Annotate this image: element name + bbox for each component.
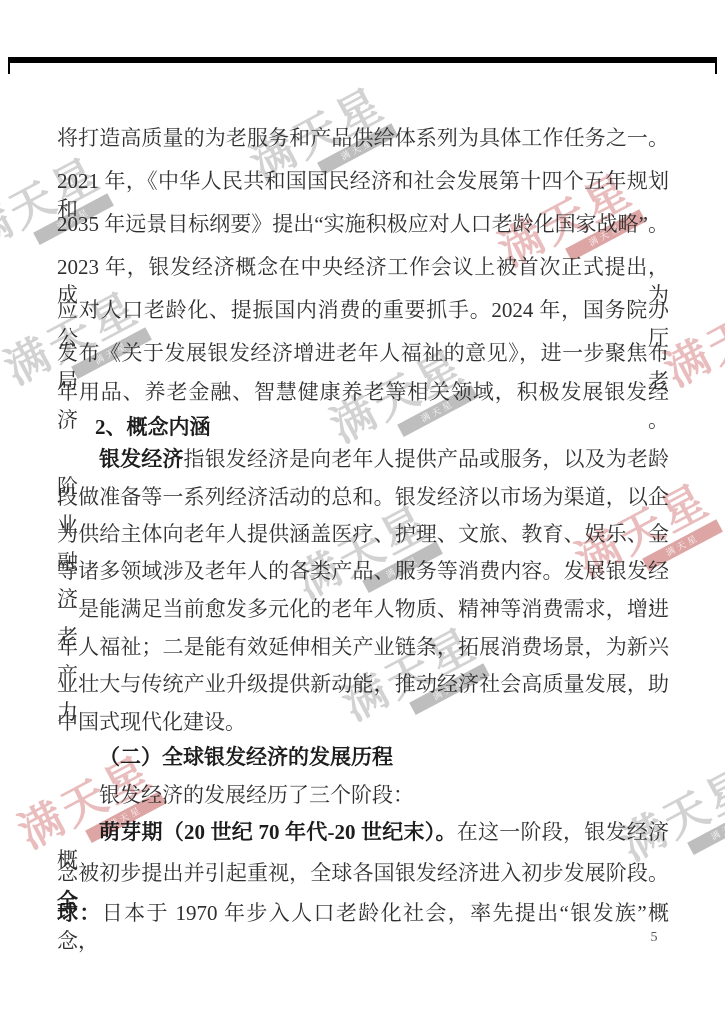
doc-line: 业壮大与传统产业升级提供新动能，推动经济社会高质量发展，助力 — [57, 670, 669, 698]
doc-line: 萌芽期（20 世纪 70 年代-20 世纪末）。在这一阶段，银发经济概 — [57, 818, 669, 846]
doc-line: 发布《关于发展银发经济增进老年人福祉的意见》，进一步聚焦布局老 — [57, 339, 669, 367]
term-bold: 银发经济 — [99, 447, 183, 471]
bold-lead: 球： — [57, 901, 102, 925]
section-heading-history: （二）全球银发经济的发展历程 — [57, 743, 669, 771]
doc-line: 中国式现代化建设。 — [57, 708, 669, 736]
doc-line: 将打造高质量的为老服务和产品供给体系列为具体工作任务之一。 — [57, 124, 669, 152]
doc-line: 念被初步提出并引起重视，全球各国银发经济进入初步发展阶段。全 — [57, 859, 669, 887]
doc-line-text: 念被初步提出并引起重视，全球各国银发经济进入初步发展阶段。 — [57, 861, 669, 885]
doc-line: 为供给主体向老年人提供涵盖医疗、护理、文旅、教育、娱乐、金融 — [57, 520, 669, 548]
doc-line: 等诸多领域涉及老年人的各类产品、服务等消费内容。发展银发经济， — [57, 557, 669, 585]
watermark-banner: 满天星 — [687, 803, 725, 855]
stage-name-bold: 萌芽期（20 世纪 70 年代-20 世纪末）。 — [99, 820, 457, 844]
doc-line: 球：日本于 1970 年步入人口老龄化社会，率先提出“银发族”概念， — [57, 899, 669, 927]
doc-line: 一是能满足当前愈发多元化的老年人物质、精神等消费需求，增进老 — [57, 595, 669, 623]
border-right-stub — [715, 63, 717, 74]
doc-line: 2023 年，银发经济概念在中央经济工作会议上被首次正式提出，成为 — [57, 253, 669, 281]
doc-line: 2035 年远景目标纲要》提出“实施积极应对人口老龄化国家战略”。 — [57, 210, 669, 238]
border-left-stub — [8, 63, 10, 74]
doc-line-text: 日本于 1970 年步入人口老龄化社会，率先提出“银发族”概念， — [57, 901, 669, 953]
doc-line: 段做准备等一系列经济活动的总和。银发经济以市场为渠道，以企业 — [57, 483, 669, 511]
document-page: 满天星 满天星 满天星 满天星 满天星 满天星 满天星 满天星 满天星 满天星 … — [0, 0, 725, 1025]
doc-line: 银发经济的发展经历了三个阶段： — [57, 781, 669, 809]
doc-line: 银发经济指银发经济是向老年人提供产品或服务，以及为老龄阶 — [57, 445, 669, 473]
doc-line: 应对人口老龄化、提振国内消费的重要抓手。2024 年，国务院办公厅 — [57, 296, 669, 324]
watermark-text: 满天星 — [614, 762, 725, 868]
page-top-border — [8, 57, 717, 63]
page-number: 5 — [644, 928, 664, 948]
section-heading-concept: 2、概念内涵 — [57, 413, 669, 441]
doc-line: 年用品、养老金融、智慧健康养老等相关领域，积极发展银发经济。 — [57, 378, 669, 406]
doc-line: 年人福祉；二是能有效延伸相关产业链条，拓展消费场景，为新兴产 — [57, 633, 669, 661]
doc-line: 2021 年，《中华人民共和国国民经济和社会发展第十四个五年规划和 — [57, 167, 669, 195]
